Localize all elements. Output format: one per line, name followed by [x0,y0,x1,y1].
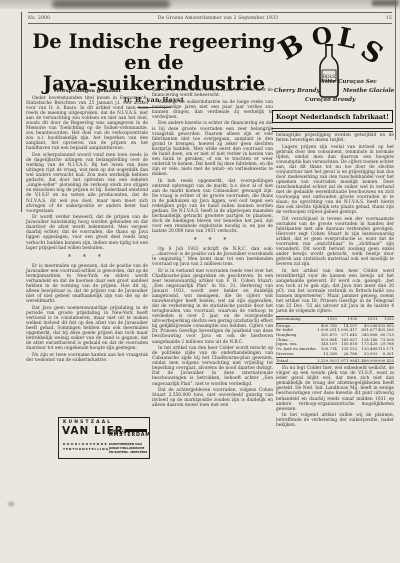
bols-product-3: Menthe Glaciale [343,88,394,94]
kunstzaal-sub: DOORLOOPENDE [63,442,108,446]
issue-number: No. 2900 [28,16,50,21]
bols-letter-s: S [355,34,389,71]
section-heading: Voorspellingen gemaakt [26,88,148,94]
asterisk-divider: * * * [152,237,273,244]
paragraph: Er wordt verder beweerd, dat de prijzen … [26,215,148,250]
paragraph: Een andere kwestie is echter de financie… [152,121,273,177]
paragraph: Onder bovenstaanden titel kwam in Econom… [26,96,148,152]
table-total-cell: 1.971.984 [337,357,357,364]
paragraph: Dit verschijnsel is tevens een der voorn… [276,217,394,267]
paragraph: dan die de winst of het verlies raakt en… [152,88,273,98]
newspaper-page: No. 2900 De Groene Amsterdammer van 2 Se… [0,0,400,563]
kunstzaal-advertisement: KUNSTZAAL VAN LIER ROKIN 126 AMSTERDAM D… [58,417,150,459]
asterisk-divider: * * * [26,254,148,261]
paragraph: Wanneer de suikerindustrie na de lange r… [152,100,273,120]
bols-product-4: Curaçao Brandy [305,97,355,103]
left-border-rule [21,12,22,212]
bols-product-1: Witte Curaçao Sec [319,79,377,85]
paragraph: In het artikel van den heer Colder wordt… [152,346,273,386]
paragraph: En nu legt Colder hier, wel onbedoeld we… [276,366,394,411]
paragraph: Dat de achtergebleven voorraden, volgens… [152,388,273,408]
ad-divider-rule [272,131,393,132]
paragraph: Er is meermalen op gewezen, dat de posit… [26,264,148,304]
paragraph: belangrijke prijsstijging worden getwijf… [276,133,394,143]
paragraph: In het volgend artikel zullen wij de pla… [276,413,394,428]
article-column-3: belangrijke prijsstijging worden getwijf… [276,133,394,430]
table-total-cell: 990.435 [377,357,394,364]
kunstzaal-sub: EN BUITENL. MEESTERS [109,450,148,454]
export-table: Bestemming1929193019311932Europa ....400… [276,316,394,364]
article-column-1: Voorspellingen gemaakt Onder bovenstaand… [26,88,148,364]
bols-slogan-box: Koopt Nederlandsch fabrikaat! [272,110,393,123]
page-number: 15 [386,16,392,21]
bols-letter-b: B [274,28,309,66]
paragraph: Op 8 Juli 1933 schrijft de N.R.C. dan oo… [152,247,273,267]
paragraph: Ik heb reeds opgemerkt, dat voorspelling… [152,179,273,235]
masthead-title: De Groene Amsterdammer van 2 September 1… [158,16,278,21]
table-total-cell: 1.468.908 [357,357,377,364]
table-total-label: Totaal .... [276,357,317,364]
paragraph: In het artikel van den heer Colder werd … [276,269,394,314]
bols-product-2: Cherry Brandy [274,88,320,94]
paragraph: Dat Java geen noemenswaardige prijsdalin… [26,306,148,351]
table-total-cell: 2.329.503 [317,357,337,364]
scan-speck [8,502,14,506]
article-column-2: dan die de winst of het verlies raakt en… [152,88,273,410]
paragraph: Een scherpzinnend woord vond men toen re… [26,153,148,214]
ad-divider-rule [272,128,393,129]
paragraph: Nu zijn er twee voorname kanten aan het … [26,353,148,363]
kunstzaal-sub: TENTOONSTELLING [63,447,109,451]
kunstzaal-address-city: AMSTERDAM [109,433,151,438]
redaction-bar [125,429,147,432]
bols-advertisement: B O L S BOLS Witte Curaçao Sec Cherry Br… [272,22,396,134]
paragraph: Er is in verband met voorraden reeds vee… [152,269,273,345]
scan-smudge [52,0,170,8]
paragraph: Lagere prijzen zijn veelal van invloed o… [276,145,394,216]
article-title: De Indische regeering en deJava-suikerin… [30,31,278,94]
